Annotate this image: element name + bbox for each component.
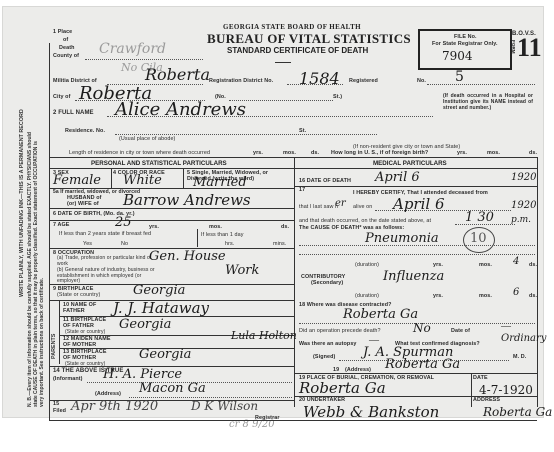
- occurred-label: and that death occurred, on the date sta…: [299, 218, 431, 224]
- dod-year: 1920: [511, 172, 536, 183]
- spouse-value: Barrow Andrews: [123, 191, 251, 209]
- length-residence-label: Length of residence in city or town wher…: [69, 150, 210, 156]
- length-mos: mos.: [283, 150, 296, 156]
- informant-address-value: Macon Ga: [139, 381, 206, 396]
- date-of-value: —: [501, 321, 511, 332]
- age-label: 7 AGE: [53, 222, 69, 228]
- father-value: J. J. Hataway: [113, 299, 209, 317]
- section-divider: [294, 157, 295, 407]
- foreign-yrs: yrs.: [457, 150, 467, 156]
- county-label: County of: [53, 53, 79, 59]
- duration-label-2: (duration): [355, 293, 379, 299]
- age-ds: ds.: [281, 224, 289, 230]
- length-ds: ds.: [311, 150, 319, 156]
- certify-number: 17: [299, 187, 305, 193]
- cause-value: Pneumonia: [365, 231, 439, 246]
- length-yrs: yrs.: [253, 150, 263, 156]
- foreign-label: How long in U. S., if of foreign birth?: [331, 150, 428, 156]
- personal-section-title: PERSONAL AND STATISTICAL PARTICULARS: [91, 160, 227, 167]
- death-certificate: WRITE PLAINLY, WITH UNFADING INK—THIS IS…: [2, 6, 544, 418]
- burial-value: Roberta Ga: [299, 379, 386, 397]
- hrs-label: hrs.: [225, 241, 234, 247]
- occupation-a-value: Gen. House: [149, 249, 226, 264]
- father-label: 10 NAME OF FATHER: [63, 302, 99, 314]
- age-divider: [197, 229, 198, 247]
- spouse-label-3: (or) WIFE of: [67, 201, 99, 207]
- birthplace-value: Georgia: [133, 283, 185, 298]
- md-label: M. D.: [513, 354, 526, 360]
- duration-mos-2: mos.: [479, 293, 492, 299]
- medical-section-title: MEDICAL PARTICULARS: [373, 160, 447, 167]
- residence-label: Residence. No.: [65, 128, 105, 134]
- margin-instructions-3: very important. See instructions on back…: [39, 278, 46, 407]
- mother-value: Lula Holton: [231, 329, 297, 342]
- filed-value: Apr 9th 1920: [71, 399, 158, 414]
- bureau-title: BUREAU OF VITAL STATISTICS: [207, 31, 411, 47]
- form-number: 11: [517, 35, 542, 61]
- physician-address-value: Roberta Ga: [385, 357, 460, 372]
- right-edge-rule: [537, 157, 538, 407]
- burial-date-divider: [471, 373, 472, 407]
- mother-birthplace-label: 13 BIRTHPLACE OF MOTHER: [63, 349, 113, 361]
- parents-divider: [59, 300, 60, 364]
- registrar-value: D K Wilson: [191, 399, 258, 413]
- registered-line: [427, 84, 535, 85]
- duration-days-1: 4: [513, 256, 519, 267]
- color-value: White: [123, 173, 162, 188]
- mother-label: 12 MAIDEN NAME OF MOTHER: [63, 336, 113, 348]
- certificate-title: STANDARD CERTIFICATE OF DEATH: [227, 46, 368, 55]
- last-saw-pronoun: er: [335, 198, 346, 209]
- contributory-sublabel: (Secondary): [311, 280, 343, 286]
- informant-address-label: (Address): [95, 391, 121, 397]
- last-saw-label: that I last saw h: [299, 204, 338, 210]
- mins-label: mins.: [273, 241, 286, 247]
- time-value: 1 30: [465, 210, 494, 225]
- alive-on-label: alive on: [353, 204, 372, 210]
- cause-code-circle: 10: [463, 227, 495, 253]
- test-value: Ordinary: [501, 333, 546, 344]
- color-divider: [183, 168, 184, 188]
- mother-birthplace-value: Georgia: [139, 347, 191, 362]
- no-label: No: [121, 241, 128, 247]
- duration-yrs-1: yrs.: [433, 262, 443, 268]
- dod-row-rule: [294, 186, 537, 187]
- birthplace-sublabel: (State or country): [57, 292, 100, 298]
- dob-row-rule: [49, 220, 294, 221]
- sex-divider: [111, 168, 112, 188]
- duration-ds-2: ds.: [529, 293, 537, 299]
- filed-label: Filed: [53, 408, 66, 414]
- signed-label: (Signed): [313, 354, 335, 360]
- full-name-value: Alice Andrews: [115, 99, 246, 120]
- file-no-value: 7904: [442, 49, 473, 63]
- burial-top-rule: [294, 373, 537, 374]
- alive-on-year: 1920: [511, 200, 536, 211]
- dod-label: 16 DATE OF DEATH: [299, 178, 351, 184]
- spouse-row-rule: [49, 208, 294, 209]
- foreign-ds: ds.: [529, 150, 537, 156]
- street-st-label: St.): [333, 94, 342, 100]
- left-margin-rule: [49, 43, 50, 421]
- duration-days-2: 6: [513, 287, 519, 298]
- form-word: FORM: [511, 40, 516, 54]
- operation-value: No: [413, 321, 431, 335]
- city-label: City of: [53, 94, 70, 100]
- county-value: Crawford: [99, 41, 166, 57]
- registered-value: 5: [455, 69, 464, 85]
- informant-value: H. A. Pierce: [103, 367, 182, 382]
- undertaker-address-label: ADDRESS: [473, 397, 500, 403]
- occupation-b-value: Work: [225, 263, 259, 278]
- residence-st-label: St.: [299, 128, 306, 134]
- age-mos: mos.: [209, 224, 222, 230]
- registration-district-label: Registration District No.: [209, 78, 273, 84]
- age-value: 25: [115, 215, 132, 230]
- registration-district-value: 1584: [299, 69, 340, 88]
- burial-date-label: DATE: [473, 375, 488, 381]
- margin-stamp: WRITE PLAINLY, WITH UNFADING INK—THIS IS…: [19, 109, 26, 297]
- dod-value: April 6: [375, 170, 420, 185]
- medical-title-rule: [294, 168, 537, 169]
- father-birthplace-label: 11 BIRTHPLACE OF FATHER: [63, 317, 107, 329]
- contributory-value: Influenza: [383, 269, 444, 284]
- undertaker-address-value: Roberta Ga: [483, 405, 552, 419]
- county-line: [85, 59, 203, 60]
- burial-date-value: 4-7-1920: [479, 383, 533, 397]
- date-of-label: Date of: [451, 328, 470, 334]
- place-label-2: of: [63, 37, 68, 43]
- usual-abode-note: (Usual place of abode): [119, 136, 175, 142]
- foreign-mos: mos.: [487, 150, 500, 156]
- duration-yrs-2: yrs.: [433, 293, 443, 299]
- operation-label: Did an operation precede death?: [299, 328, 381, 334]
- informant-sublabel: (Informant): [53, 376, 83, 382]
- registered-label: Registered: [349, 78, 378, 84]
- occupation-a-label: (a) Trade, profession or particular kind…: [57, 256, 153, 267]
- file-no-sublabel: For State Registrar Only.: [432, 41, 498, 47]
- file-no-label: FILE No.: [454, 34, 477, 40]
- duration-mos-1: mos.: [479, 262, 492, 268]
- less-day-label: If less than 1 day: [201, 232, 244, 238]
- undertaker-value: Webb & Bankston: [303, 403, 439, 421]
- duration-label-1: (duration): [355, 262, 379, 268]
- header-rule: [275, 62, 291, 63]
- contracted-value: Roberta Ga: [343, 307, 418, 322]
- filed-number: 15: [53, 401, 59, 407]
- cause-code: 10: [470, 231, 487, 246]
- informant-address-line: [129, 397, 292, 398]
- residence-line: [115, 134, 377, 135]
- place-label-3: Death: [59, 45, 74, 51]
- duration-ds-1: ds.: [529, 262, 537, 268]
- sex-value: Female: [53, 173, 101, 188]
- militia-value: Roberta: [145, 65, 210, 84]
- alive-on-value: April 6: [393, 195, 445, 213]
- board-heading: GEORGIA STATE BOARD OF HEALTH: [223, 23, 361, 31]
- father-birthplace-value: Georgia: [119, 317, 171, 332]
- autopsy-label: Was there an autopsy: [299, 341, 357, 347]
- personal-title-rule: [49, 168, 294, 169]
- hospital-note: (If death occurred in a Hospital or Inst…: [443, 93, 533, 111]
- cause-line-1: [299, 245, 535, 246]
- section-top-rule: [49, 157, 537, 158]
- full-name-label: 2 FULL NAME: [53, 110, 94, 116]
- parents-side-label: PARENTS: [51, 334, 58, 359]
- bottom-rule: [49, 420, 537, 421]
- age-yrs: yrs.: [149, 224, 159, 230]
- cause-line-2: [299, 254, 535, 255]
- file-number-box: FILE No. For State Registrar Only. 7904: [418, 29, 512, 70]
- registered-no-label: No.: [417, 78, 426, 84]
- yes-label: Yes: [83, 241, 92, 247]
- breastfed-label: If less than 2 years state if breast fed: [59, 231, 151, 237]
- ampm-value: p.m.: [511, 215, 531, 225]
- place-label-1: 1 Place: [53, 29, 72, 35]
